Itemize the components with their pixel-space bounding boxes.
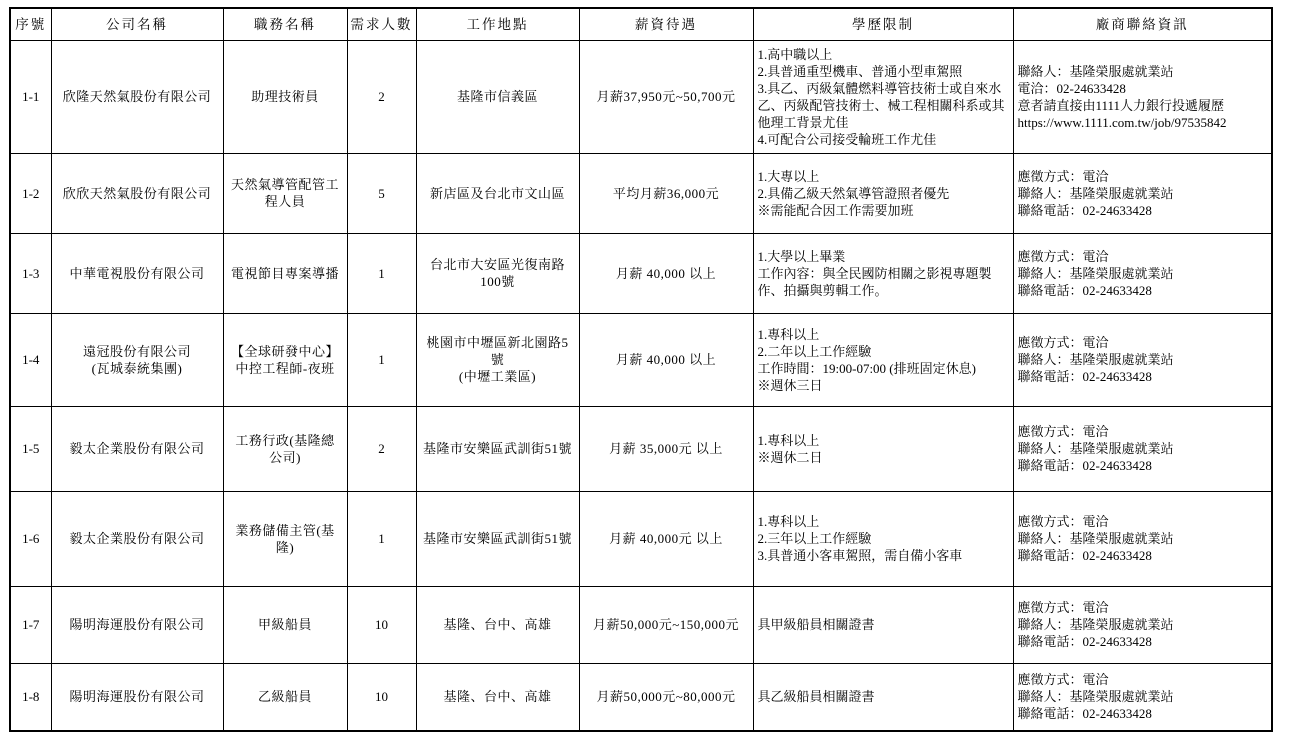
cell-job-title: 甲級船員 [223, 586, 347, 663]
cell-serial: 1-6 [10, 491, 51, 586]
cell-location: 基隆市安樂區武訓街51號 [416, 491, 579, 586]
cell-salary: 月薪50,000元~150,000元 [579, 586, 753, 663]
table-header-row: 序號 公司名稱 職務名稱 需求人數 工作地點 薪資待遇 學歷限制 廠商聯絡資訊 [10, 8, 1272, 40]
cell-education: 1.大專以上 2.具備乙級天然氣導管證照者優先 ※需能配合因工作需要加班 [753, 153, 1013, 233]
header-company: 公司名稱 [51, 8, 223, 40]
cell-serial: 1-2 [10, 153, 51, 233]
cell-contact: 應徵方式：電洽 聯絡人：基隆榮服處就業站 聯絡電話：02-24633428 [1013, 406, 1272, 491]
header-job-title: 職務名稱 [223, 8, 347, 40]
header-location: 工作地點 [416, 8, 579, 40]
table-row: 1-2 欣欣天然氣股份有限公司 天然氣導管配管工程人員 5 新店區及台北市文山區… [10, 153, 1272, 233]
table-row: 1-1 欣隆天然氣股份有限公司 助理技術員 2 基隆市信義區 月薪37,950元… [10, 40, 1272, 153]
job-listing-table: 序號 公司名稱 職務名稱 需求人數 工作地點 薪資待遇 學歷限制 廠商聯絡資訊 … [9, 7, 1273, 732]
cell-location: 新店區及台北市文山區 [416, 153, 579, 233]
cell-company: 陽明海運股份有限公司 [51, 586, 223, 663]
cell-serial: 1-5 [10, 406, 51, 491]
cell-job-title: 助理技術員 [223, 40, 347, 153]
cell-company: 遠冠股份有限公司 (瓦城泰統集團) [51, 313, 223, 406]
header-contact: 廠商聯絡資訊 [1013, 8, 1272, 40]
cell-company: 毅太企業股份有限公司 [51, 491, 223, 586]
cell-serial: 1-7 [10, 586, 51, 663]
cell-contact: 應徵方式：電洽 聯絡人：基隆榮服處就業站 聯絡電話：02-24633428 [1013, 233, 1272, 313]
cell-job-title: 乙級船員 [223, 663, 347, 731]
cell-contact: 應徵方式：電洽 聯絡人：基隆榮服處就業站 聯絡電話：02-24633428 [1013, 313, 1272, 406]
cell-education: 1.專科以上 ※週休二日 [753, 406, 1013, 491]
cell-company: 欣隆天然氣股份有限公司 [51, 40, 223, 153]
header-education: 學歷限制 [753, 8, 1013, 40]
cell-salary: 月薪 35,000元 以上 [579, 406, 753, 491]
table-row: 1-8 陽明海運股份有限公司 乙級船員 10 基隆、台中、高雄 月薪50,000… [10, 663, 1272, 731]
cell-headcount: 2 [347, 406, 416, 491]
table-row: 1-6 毅太企業股份有限公司 業務儲備主管(基 隆) 1 基隆市安樂區武訓街51… [10, 491, 1272, 586]
header-headcount: 需求人數 [347, 8, 416, 40]
cell-job-title: 工務行政(基隆總 公司) [223, 406, 347, 491]
header-salary: 薪資待遇 [579, 8, 753, 40]
cell-contact: 應徵方式：電洽 聯絡人：基隆榮服處就業站 聯絡電話：02-24633428 [1013, 153, 1272, 233]
cell-headcount: 10 [347, 586, 416, 663]
cell-salary: 月薪50,000元~80,000元 [579, 663, 753, 731]
cell-salary: 平均月薪36,000元 [579, 153, 753, 233]
cell-education: 1.專科以上 2.二年以上工作經驗 工作時間：19:00-07:00 (排班固定… [753, 313, 1013, 406]
cell-company: 中華電視股份有限公司 [51, 233, 223, 313]
cell-serial: 1-3 [10, 233, 51, 313]
cell-headcount: 10 [347, 663, 416, 731]
header-serial: 序號 [10, 8, 51, 40]
cell-company: 陽明海運股份有限公司 [51, 663, 223, 731]
cell-headcount: 1 [347, 491, 416, 586]
cell-salary: 月薪 40,000 以上 [579, 313, 753, 406]
cell-education: 具乙級船員相關證書 [753, 663, 1013, 731]
cell-salary: 月薪 40,000元 以上 [579, 491, 753, 586]
cell-job-title: 天然氣導管配管工程人員 [223, 153, 347, 233]
cell-serial: 1-4 [10, 313, 51, 406]
cell-job-title: 業務儲備主管(基 隆) [223, 491, 347, 586]
cell-job-title: 電視節目專案導播 [223, 233, 347, 313]
cell-location: 基隆市信義區 [416, 40, 579, 153]
cell-location: 基隆、台中、高雄 [416, 663, 579, 731]
cell-location: 基隆市安樂區武訓街51號 [416, 406, 579, 491]
cell-salary: 月薪37,950元~50,700元 [579, 40, 753, 153]
cell-location: 桃園市中壢區新北園路5號 (中壢工業區) [416, 313, 579, 406]
cell-serial: 1-8 [10, 663, 51, 731]
cell-education: 1.專科以上 2.三年以上工作經驗 3.具普通小客車駕照，需自備小客車 [753, 491, 1013, 586]
cell-company: 毅太企業股份有限公司 [51, 406, 223, 491]
table-row: 1-7 陽明海運股份有限公司 甲級船員 10 基隆、台中、高雄 月薪50,000… [10, 586, 1272, 663]
cell-headcount: 1 [347, 233, 416, 313]
cell-location: 基隆、台中、高雄 [416, 586, 579, 663]
cell-contact: 聯絡人：基隆榮服處就業站 電洽：02-24633428 意者請直接由1111人力… [1013, 40, 1272, 153]
cell-contact: 應徵方式：電洽 聯絡人：基隆榮服處就業站 聯絡電話：02-24633428 [1013, 586, 1272, 663]
cell-location: 台北市大安區光復南路100號 [416, 233, 579, 313]
cell-company: 欣欣天然氣股份有限公司 [51, 153, 223, 233]
cell-job-title: 【全球研發中心】 中控工程師-夜班 [223, 313, 347, 406]
cell-headcount: 2 [347, 40, 416, 153]
cell-contact: 應徵方式：電洽 聯絡人：基隆榮服處就業站 聯絡電話：02-24633428 [1013, 663, 1272, 731]
cell-headcount: 1 [347, 313, 416, 406]
table-row: 1-5 毅太企業股份有限公司 工務行政(基隆總 公司) 2 基隆市安樂區武訓街5… [10, 406, 1272, 491]
table-row: 1-3 中華電視股份有限公司 電視節目專案導播 1 台北市大安區光復南路100號… [10, 233, 1272, 313]
table-row: 1-4 遠冠股份有限公司 (瓦城泰統集團) 【全球研發中心】 中控工程師-夜班 … [10, 313, 1272, 406]
cell-serial: 1-1 [10, 40, 51, 153]
cell-education: 1.大學以上畢業 工作內容：與全民國防相關之影視專題製作、拍攝與剪輯工作。 [753, 233, 1013, 313]
cell-education: 具甲級船員相關證書 [753, 586, 1013, 663]
cell-salary: 月薪 40,000 以上 [579, 233, 753, 313]
cell-education: 1.高中職以上 2.具普通重型機車、普通小型車駕照 3.具乙、丙級氣體燃料導管技… [753, 40, 1013, 153]
cell-contact: 應徵方式：電洽 聯絡人：基隆榮服處就業站 聯絡電話：02-24633428 [1013, 491, 1272, 586]
cell-headcount: 5 [347, 153, 416, 233]
